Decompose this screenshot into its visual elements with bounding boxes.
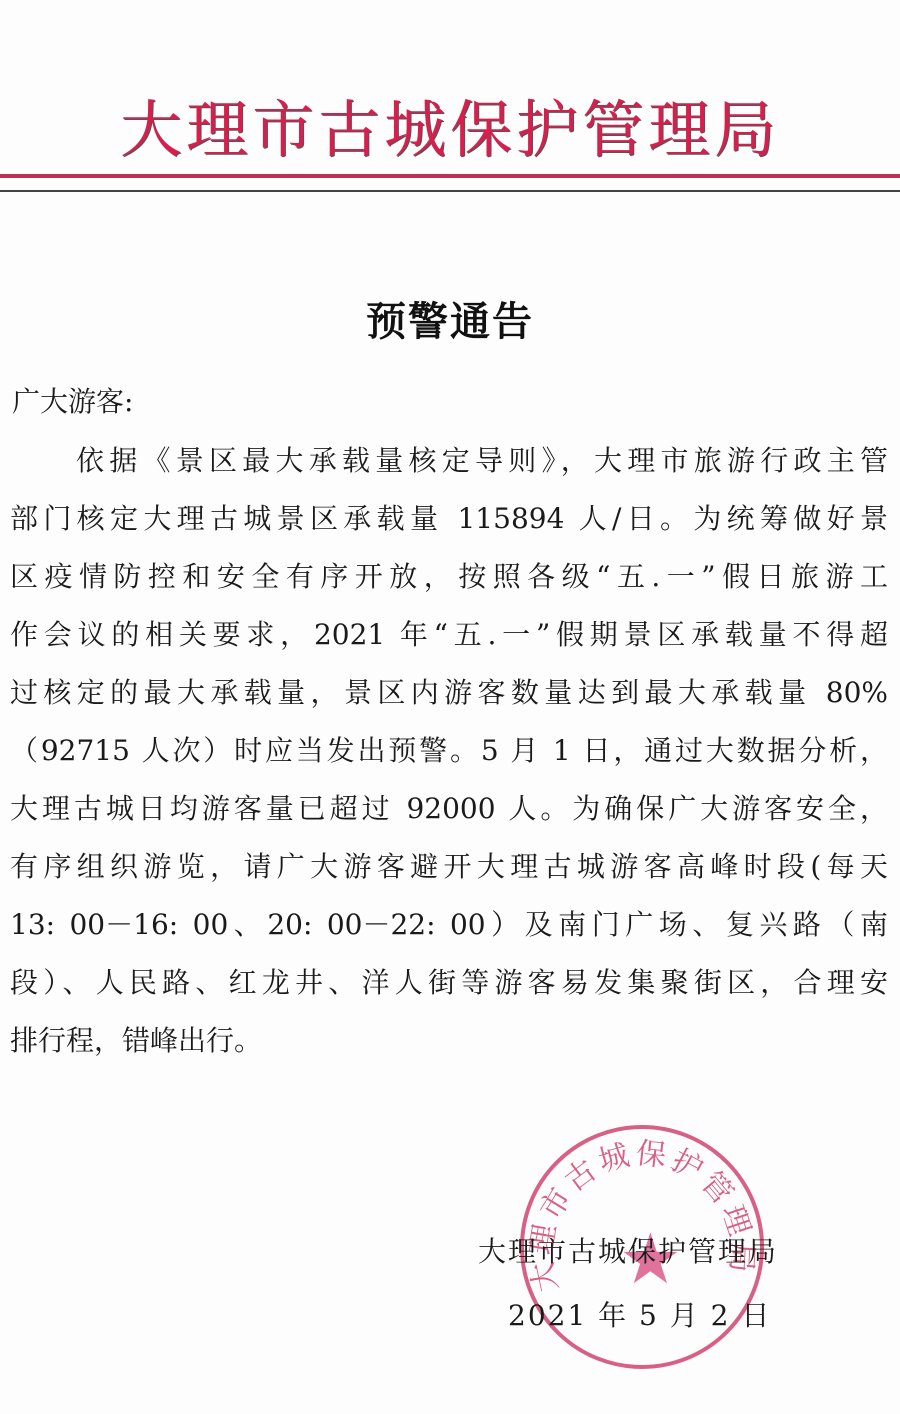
notice-title: 预警通告 bbox=[0, 290, 900, 347]
body-line: 排行程，错峰出行。 bbox=[10, 1012, 888, 1070]
letterhead-org-name: 大理市古城保护管理局 bbox=[0, 80, 900, 169]
body-line: 过核定的最大承载量，景区内游客数量达到最大承载量 80% bbox=[10, 664, 888, 722]
notice-body: 依据《景区最大承载量核定导则》，大理市旅游行政主管 部门核定大理古城景区承载量 … bbox=[10, 432, 888, 1070]
body-line: 区疫情防控和安全有序开放，按照各级“五.一”假日旅游工 bbox=[10, 548, 888, 606]
signature-date: 2021 年 5 月 2 日 bbox=[508, 1294, 771, 1334]
body-line: 作会议的相关要求，2021 年“五.一”假期景区承载量不得超 bbox=[10, 606, 888, 664]
salutation: 广大游客: bbox=[12, 380, 133, 420]
body-line: 有序组织游览，请广大游客避开大理古城游客高峰时段(每天 bbox=[10, 838, 888, 896]
body-line: 段）、人民路、红龙井、洋人街等游客易发集聚街区，合理安 bbox=[10, 954, 888, 1012]
body-line: （92715 人次）时应当发出预警。5 月 1 日，通过大数据分析， bbox=[10, 722, 888, 780]
letterhead-red-rule bbox=[0, 174, 900, 178]
body-line: 13: 00－16: 00、20: 00－22: 00）及南门广场、复兴路（南 bbox=[10, 896, 888, 954]
letterhead-black-rule bbox=[0, 190, 900, 192]
body-line: 依据《景区最大承载量核定导则》，大理市旅游行政主管 bbox=[10, 432, 888, 490]
body-line: 大理古城日均游客量已超过 92000 人。为确保广大游客安全， bbox=[10, 780, 888, 838]
signature-org: 大理市古城保护管理局 bbox=[478, 1230, 778, 1270]
body-line: 部门核定大理古城景区承载量 115894 人/日。为统筹做好景 bbox=[10, 490, 888, 548]
